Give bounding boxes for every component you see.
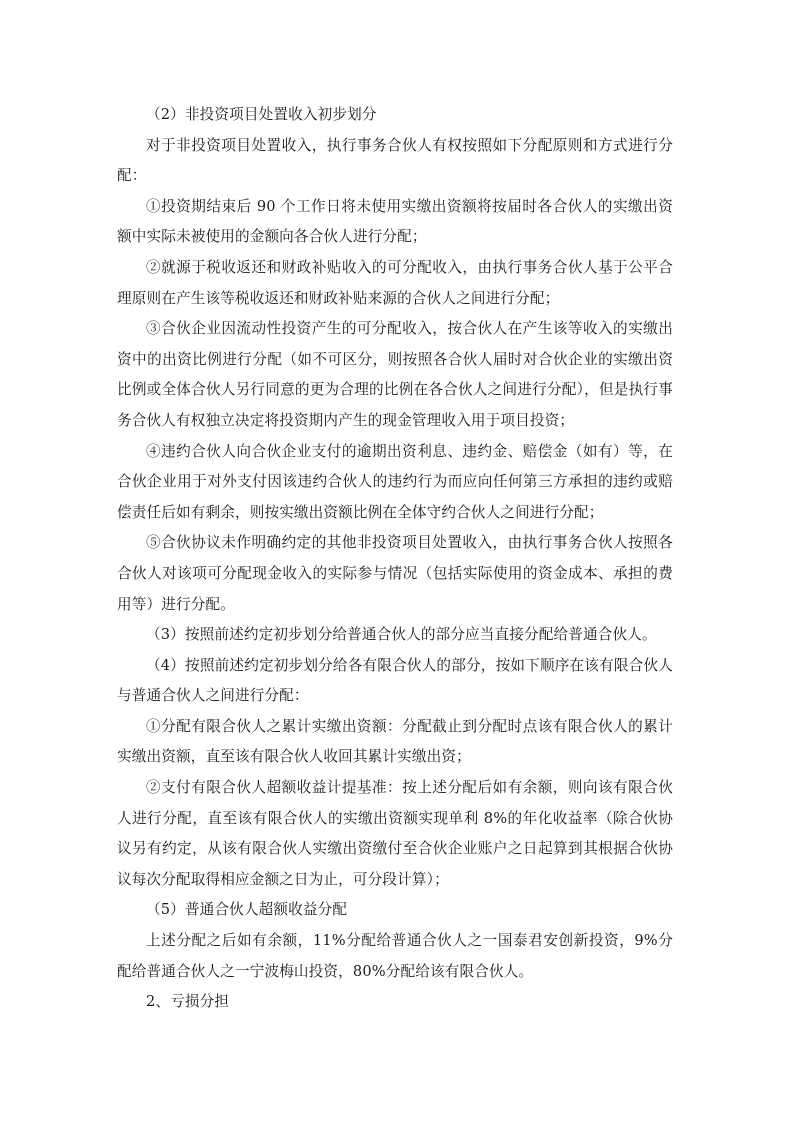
paragraph-item-5: ⑤合伙协议未作明确约定的其他非投资项目处置收入，由执行事务合伙人按照各合伙人对该… (117, 528, 673, 620)
subheading-lp-distribution: （4）按照前述约定初步划分给各有限合伙人的部分，按如下顺序在该有限合伙人与普通合… (117, 651, 673, 712)
subheading-non-investment-income: （2）非投资项目处置收入初步划分 (117, 100, 673, 131)
subheading-gp-excess-return: （5）普通合伙人超额收益分配 (117, 895, 673, 926)
section-heading-loss-sharing: 2、亏损分担 (117, 987, 673, 1018)
subheading-gp-distribution: （3）按照前述约定初步划分给普通合伙人的部分应当直接分配给普通合伙人。 (117, 620, 673, 651)
paragraph-intro: 对于非投资项目处置收入，执行事务合伙人有权按照如下分配原则和方式进行分配： (117, 131, 673, 192)
paragraph-item-2: ②就源于税收返还和财政补贴收入的可分配收入，由执行事务合伙人基于公平合理原则在产… (117, 253, 673, 314)
paragraph-item-3: ③合伙企业因流动性投资产生的可分配收入，按合伙人在产生该等收入的实缴出资中的出资… (117, 314, 673, 436)
paragraph-sub-item-2: ②支付有限合伙人超额收益计提基准：按上述分配后如有余额，则向该有限合伙人进行分配… (117, 773, 673, 895)
paragraph-sub-item-1: ①分配有限合伙人之累计实缴出资额：分配截止到分配时点该有限合伙人的累计实缴出资额… (117, 712, 673, 773)
paragraph-surplus-allocation: 上述分配之后如有余额，11%分配给普通合伙人之一国泰君安创新投资，9%分配给普通… (117, 926, 673, 987)
paragraph-item-1: ①投资期结束后 90 个工作日将未使用实缴出资额将按届时各合伙人的实缴出资额中实… (117, 192, 673, 253)
document-page: （2）非投资项目处置收入初步划分 对于非投资项目处置收入，执行事务合伙人有权按照… (117, 100, 673, 1018)
paragraph-item-4: ④违约合伙人向合伙企业支付的逾期出资利息、违约金、赔偿金（如有）等，在合伙企业用… (117, 437, 673, 529)
